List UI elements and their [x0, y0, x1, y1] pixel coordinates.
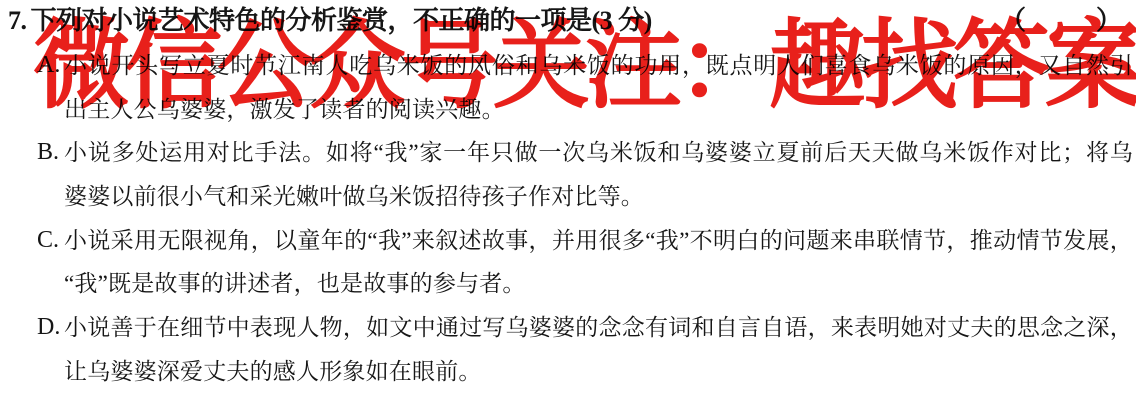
option-c-label: C. — [37, 219, 59, 263]
question-stem-wrap: 7.下列对小说艺术特色的分析鉴赏，不正确的一项是(3 分) — [8, 5, 652, 37]
option-d-label: D. — [37, 306, 60, 350]
question-stem: 下列对小说艺术特色的分析鉴赏，不正确的一项是(3 分) — [31, 6, 652, 35]
option-b-line-1: 小说多处运用对比手法。如将“我”家一年只做一次乌米饭和乌婆婆立夏前后天天做乌米饭… — [0, 131, 1136, 175]
option-a-label: A. — [37, 44, 60, 88]
option-d: D. 小说善于在细节中表现人物，如文中通过写乌婆婆的念念有词和自言自语，来表明她… — [0, 306, 1136, 393]
option-c-line-2: “我”既是故事的讲述者，也是故事的参与者。 — [0, 262, 1136, 306]
option-a-line-1: 小说开头写立夏时节江南人吃乌米饭的风俗和乌米饭的功用，既点明人们喜食乌米饭的原因… — [0, 44, 1136, 88]
answer-bracket: （ ） — [1000, 5, 1128, 37]
option-b: B. 小说多处运用对比手法。如将“我”家一年只做一次乌米饭和乌婆婆立夏前后天天做… — [0, 131, 1136, 218]
exam-page: { "page": { "background": "#ffffff", "te… — [0, 0, 1136, 394]
option-c: C. 小说采用无限视角，以童年的“我”来叙述故事，并用很多“我”不明白的问题来串… — [0, 219, 1136, 306]
option-d-line-1: 小说善于在细节中表现人物，如文中通过写乌婆婆的念念有词和自言自语，来表明她对丈夫… — [0, 306, 1136, 350]
option-a: A. 小说开头写立夏时节江南人吃乌米饭的风俗和乌米饭的功用，既点明人们喜食乌米饭… — [0, 44, 1136, 131]
option-d-line-2: 让乌婆婆深爱丈夫的感人形象如在眼前。 — [0, 350, 1136, 394]
option-a-line-2: 出主人公乌婆婆，激发了读者的阅读兴趣。 — [0, 88, 1136, 132]
option-b-label: B. — [37, 131, 59, 175]
options-list: A. 小说开头写立夏时节江南人吃乌米饭的风俗和乌米饭的功用，既点明人们喜食乌米饭… — [0, 44, 1136, 394]
question-heading-row: 7.下列对小说艺术特色的分析鉴赏，不正确的一项是(3 分) （ ） — [0, 0, 1136, 44]
question-number: 7. — [8, 6, 27, 35]
option-b-line-2: 婆婆以前很小气和采光嫩叶做乌米饭招待孩子作对比等。 — [0, 175, 1136, 219]
option-c-line-1: 小说采用无限视角，以童年的“我”来叙述故事，并用很多“我”不明白的问题来串联情节… — [0, 219, 1136, 263]
exam-question-block: 7.下列对小说艺术特色的分析鉴赏，不正确的一项是(3 分) （ ） A. 小说开… — [0, 0, 1136, 394]
